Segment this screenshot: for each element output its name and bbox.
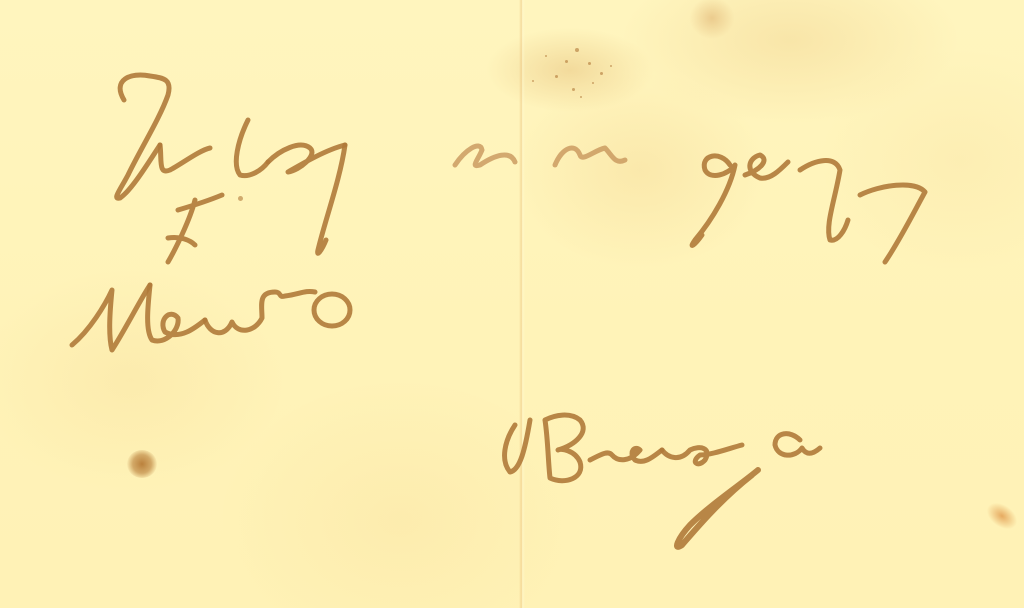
word-nowo bbox=[72, 285, 350, 350]
word-tyleg bbox=[117, 75, 345, 262]
word-braga bbox=[505, 415, 820, 547]
handwritten-document: Tyleg ш gеgy Nowo Braga bbox=[0, 0, 1024, 608]
handwriting-ink bbox=[0, 0, 1024, 608]
word-gegy bbox=[692, 155, 925, 262]
word-middle bbox=[455, 146, 625, 166]
